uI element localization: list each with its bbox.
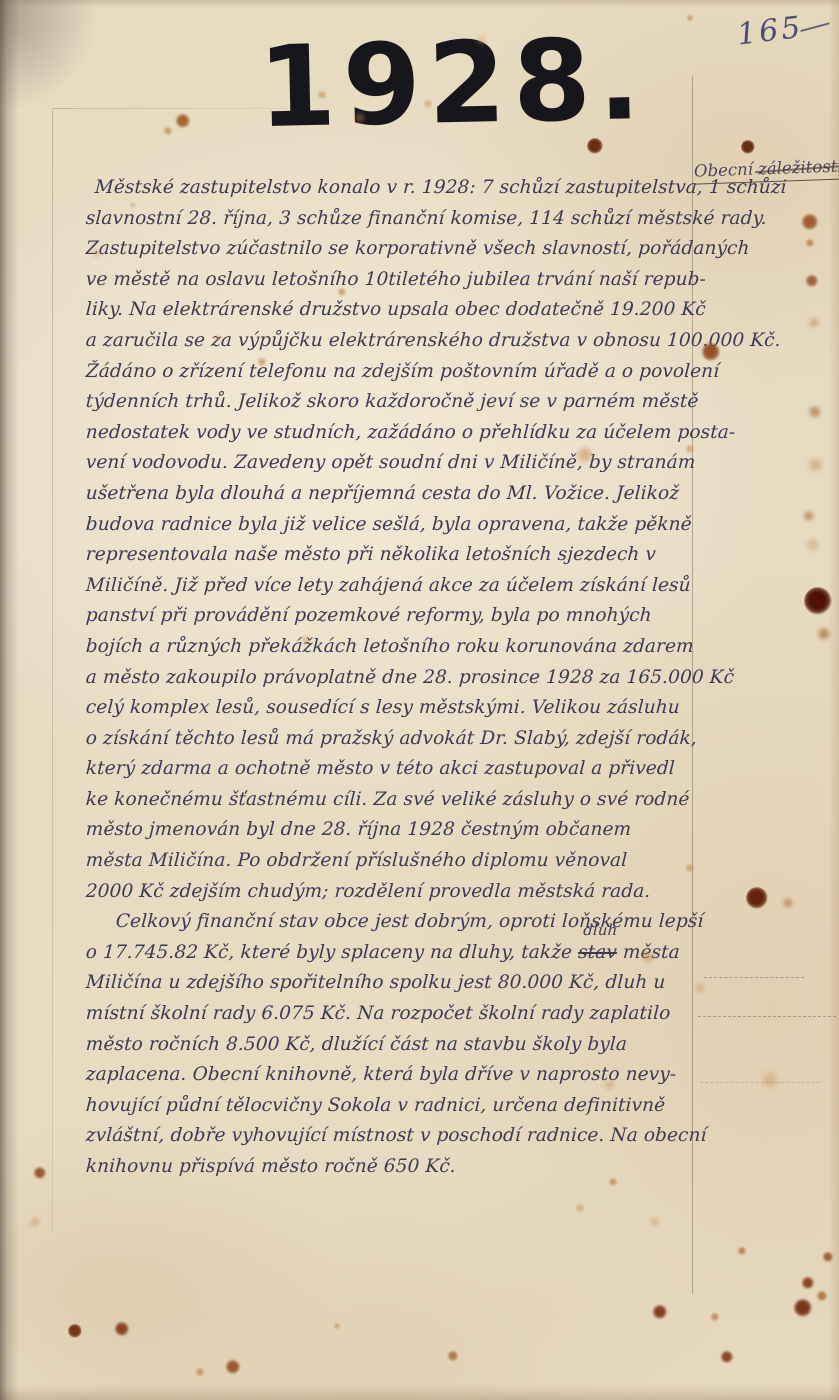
paper-stain	[741, 140, 755, 154]
paper-stain	[807, 539, 819, 551]
paper-stain	[806, 275, 818, 287]
text-line: Žádáno o zřízení telefonu na zdejším poš…	[85, 357, 695, 388]
paper-stain	[196, 1368, 204, 1376]
text-line: Zastupitelstvo zúčastnilo se korporativn…	[85, 234, 695, 265]
text-line: ke konečnému šťastnému cíli. Za své veli…	[85, 785, 695, 816]
paper-stain	[650, 1217, 660, 1227]
text-line: Miličína u zdejšího spořitelního spolku …	[85, 968, 695, 999]
text-line: ve městě na oslavu letošního 10tiletého …	[85, 265, 695, 296]
text-line: liky. Na elektrárenské družstvo upsala o…	[85, 295, 695, 326]
paper-stain	[762, 1072, 778, 1088]
paper-stain	[783, 898, 793, 908]
text-line: město ročních 8.500 Kč, dlužící část na …	[85, 1030, 695, 1061]
paper-stain	[687, 15, 693, 21]
text-line: slavnostní 28. října, 3 schůze finanční …	[85, 204, 695, 235]
corrected-word: dluhstav	[577, 938, 617, 969]
text-line: bojích a různých překážkách letošního ro…	[85, 632, 695, 663]
text-line: knihovnu přispívá město ročně 650 Kč.	[85, 1152, 695, 1183]
pencil-margin-line-left	[52, 110, 53, 1232]
text-line: a město zakoupilo právoplatně dne 28. pr…	[85, 663, 695, 694]
page-number: 165	[735, 6, 832, 52]
text-line: budova radnice byla již velice sešlá, by…	[85, 510, 695, 541]
paper-stain	[802, 1277, 814, 1289]
manuscript-page: 165 1928. Obecní záležitosti. Městské za…	[0, 0, 839, 1400]
paper-stain	[115, 1322, 129, 1336]
faint-dashed-line	[704, 977, 804, 978]
paper-stain	[176, 114, 190, 128]
paper-stain	[448, 1351, 458, 1361]
paper-stain	[804, 511, 814, 521]
paper-stain	[576, 1204, 584, 1212]
paper-stain	[695, 983, 705, 993]
year-heading: 1928.	[257, 24, 649, 144]
paper-stain	[806, 239, 814, 247]
paper-stain	[164, 127, 172, 135]
text-line: ušetřena byla dlouhá a nepříjemná cesta …	[85, 479, 695, 510]
paper-stain	[809, 318, 819, 328]
text-line: celý komplex lesů, sousedící s lesy měst…	[85, 693, 695, 724]
text-line: representovala naše město při několika l…	[85, 540, 695, 571]
text-line: město jmenován byl dne 28. října 1928 če…	[85, 815, 695, 846]
paper-stain	[794, 1299, 812, 1317]
text-line: který zdarma a ochotně město v této akci…	[85, 754, 695, 785]
paper-stain	[226, 1360, 240, 1374]
text-line: vení vodovodu. Zavedeny opět soudní dni …	[85, 448, 695, 479]
text-line: hovující půdní tělocvičny Sokola v radni…	[85, 1091, 695, 1122]
paper-stain	[334, 1323, 340, 1329]
text-line: a zaručila se za výpůjčku elektrárenskéh…	[85, 326, 695, 357]
text-line: o získání těchto lesů má pražský advokát…	[85, 724, 695, 755]
paper-stain	[721, 1351, 733, 1363]
paper-stain	[809, 458, 823, 472]
paper-stain	[818, 628, 830, 640]
text-line: nedostatek vody ve studních, zažádáno o …	[85, 418, 695, 449]
paper-stain	[68, 1324, 82, 1338]
paper-stain	[653, 1305, 667, 1319]
paper-stain	[30, 1217, 40, 1227]
paper-stain	[809, 406, 821, 418]
paper-stain	[746, 887, 768, 909]
paper-stain	[738, 1247, 746, 1255]
text-line: zaplacena. Obecní knihovně, která byla d…	[85, 1060, 695, 1091]
text-line: města Miličína. Po obdržení příslušného …	[85, 846, 695, 877]
paper-stain	[711, 1313, 719, 1321]
manuscript-text: Městské zastupitelstvo konalo v r. 1928:…	[85, 173, 693, 1183]
paper-stain	[802, 214, 818, 230]
faint-dashed-line	[698, 1016, 836, 1017]
paper-stain	[823, 1252, 833, 1262]
text-line: Miličíně. Již před více lety zahájená ak…	[85, 571, 695, 602]
paper-stain	[817, 1291, 827, 1301]
text-line: panství při provádění pozemkové reformy,…	[85, 601, 695, 632]
text-line: místní školní rady 6.075 Kč. Na rozpočet…	[85, 999, 695, 1030]
faint-dashed-line	[700, 1082, 820, 1083]
text-line: 2000 Kč zdejším chudým; rozdělení proved…	[85, 877, 695, 908]
text-line: Městské zastupitelstvo konalo v r. 1928:…	[85, 173, 695, 204]
paper-stain	[804, 587, 832, 615]
text-line: týdenních trhů. Jelikož skoro každoročně…	[85, 387, 695, 418]
text-line: o 17.745.82 Kč, které byly splaceny na d…	[85, 938, 695, 969]
text-line: zvláštní, dobře vyhovující místnost v po…	[85, 1121, 695, 1152]
paper-stain	[34, 1167, 46, 1179]
